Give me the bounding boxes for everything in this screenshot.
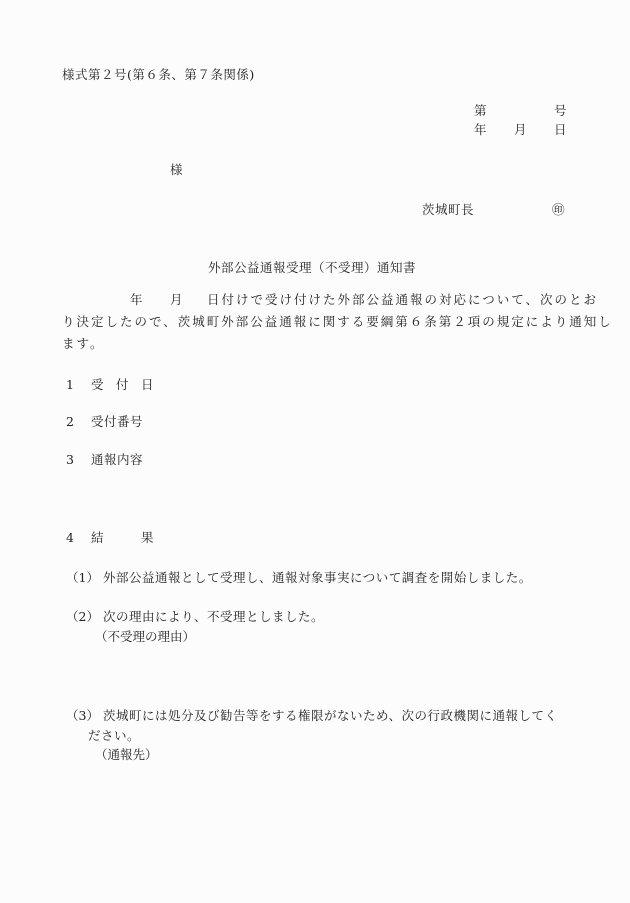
item-label: 結 果 [91,530,154,546]
result-text: 外部公益通報として受理し、通報対象事実について調査を開始しました。 [103,570,532,586]
item-number: 3 [66,452,74,468]
reference-dai: 第 [474,103,487,119]
result-text-cont: ださい。 [88,728,140,744]
reference-go: 号 [554,103,567,119]
document-title: 外部公益通報受理（不受理）通知書 [208,260,416,276]
item-label: 受付番号 [91,414,143,430]
result-sub-label: （通報先） [95,747,158,763]
body-line-2: り決定したので、茨城町外部公益通報に関する要綱第６条第２項の規定により通知し [62,314,613,330]
result-number: （1） [66,570,99,586]
item-number: 2 [66,414,74,430]
addressee-suffix: 様 [170,162,183,178]
result-text: 次の理由により、不受理としました。 [103,609,324,625]
form-number: 様式第２号(第６条、第７条関係) [62,67,255,83]
body-line-3: ます。 [62,336,105,352]
date-year: 年 [474,122,487,138]
item-number: 4 [66,530,74,546]
sender-title: 茨城町長 [422,202,474,218]
result-number: （3） [66,708,99,724]
result-text: 茨城町には処分及び勧告等をする権限がないため、次の行政機関に通報してく [103,708,558,724]
body-line-1: 日付けで受け付けた外部公益通報の対応について、次のとお [207,292,598,308]
result-number: （2） [66,609,99,625]
date-day: 日 [554,122,567,138]
body-month: 月 [170,292,183,308]
item-label: 受 付 日 [91,377,154,393]
seal-icon: ㊞ [552,202,565,218]
item-label: 通報内容 [91,452,143,468]
date-month: 月 [514,122,527,138]
item-number: 1 [66,377,74,393]
result-sub-label: （不受理の理由） [95,629,195,645]
body-year: 年 [130,292,143,308]
